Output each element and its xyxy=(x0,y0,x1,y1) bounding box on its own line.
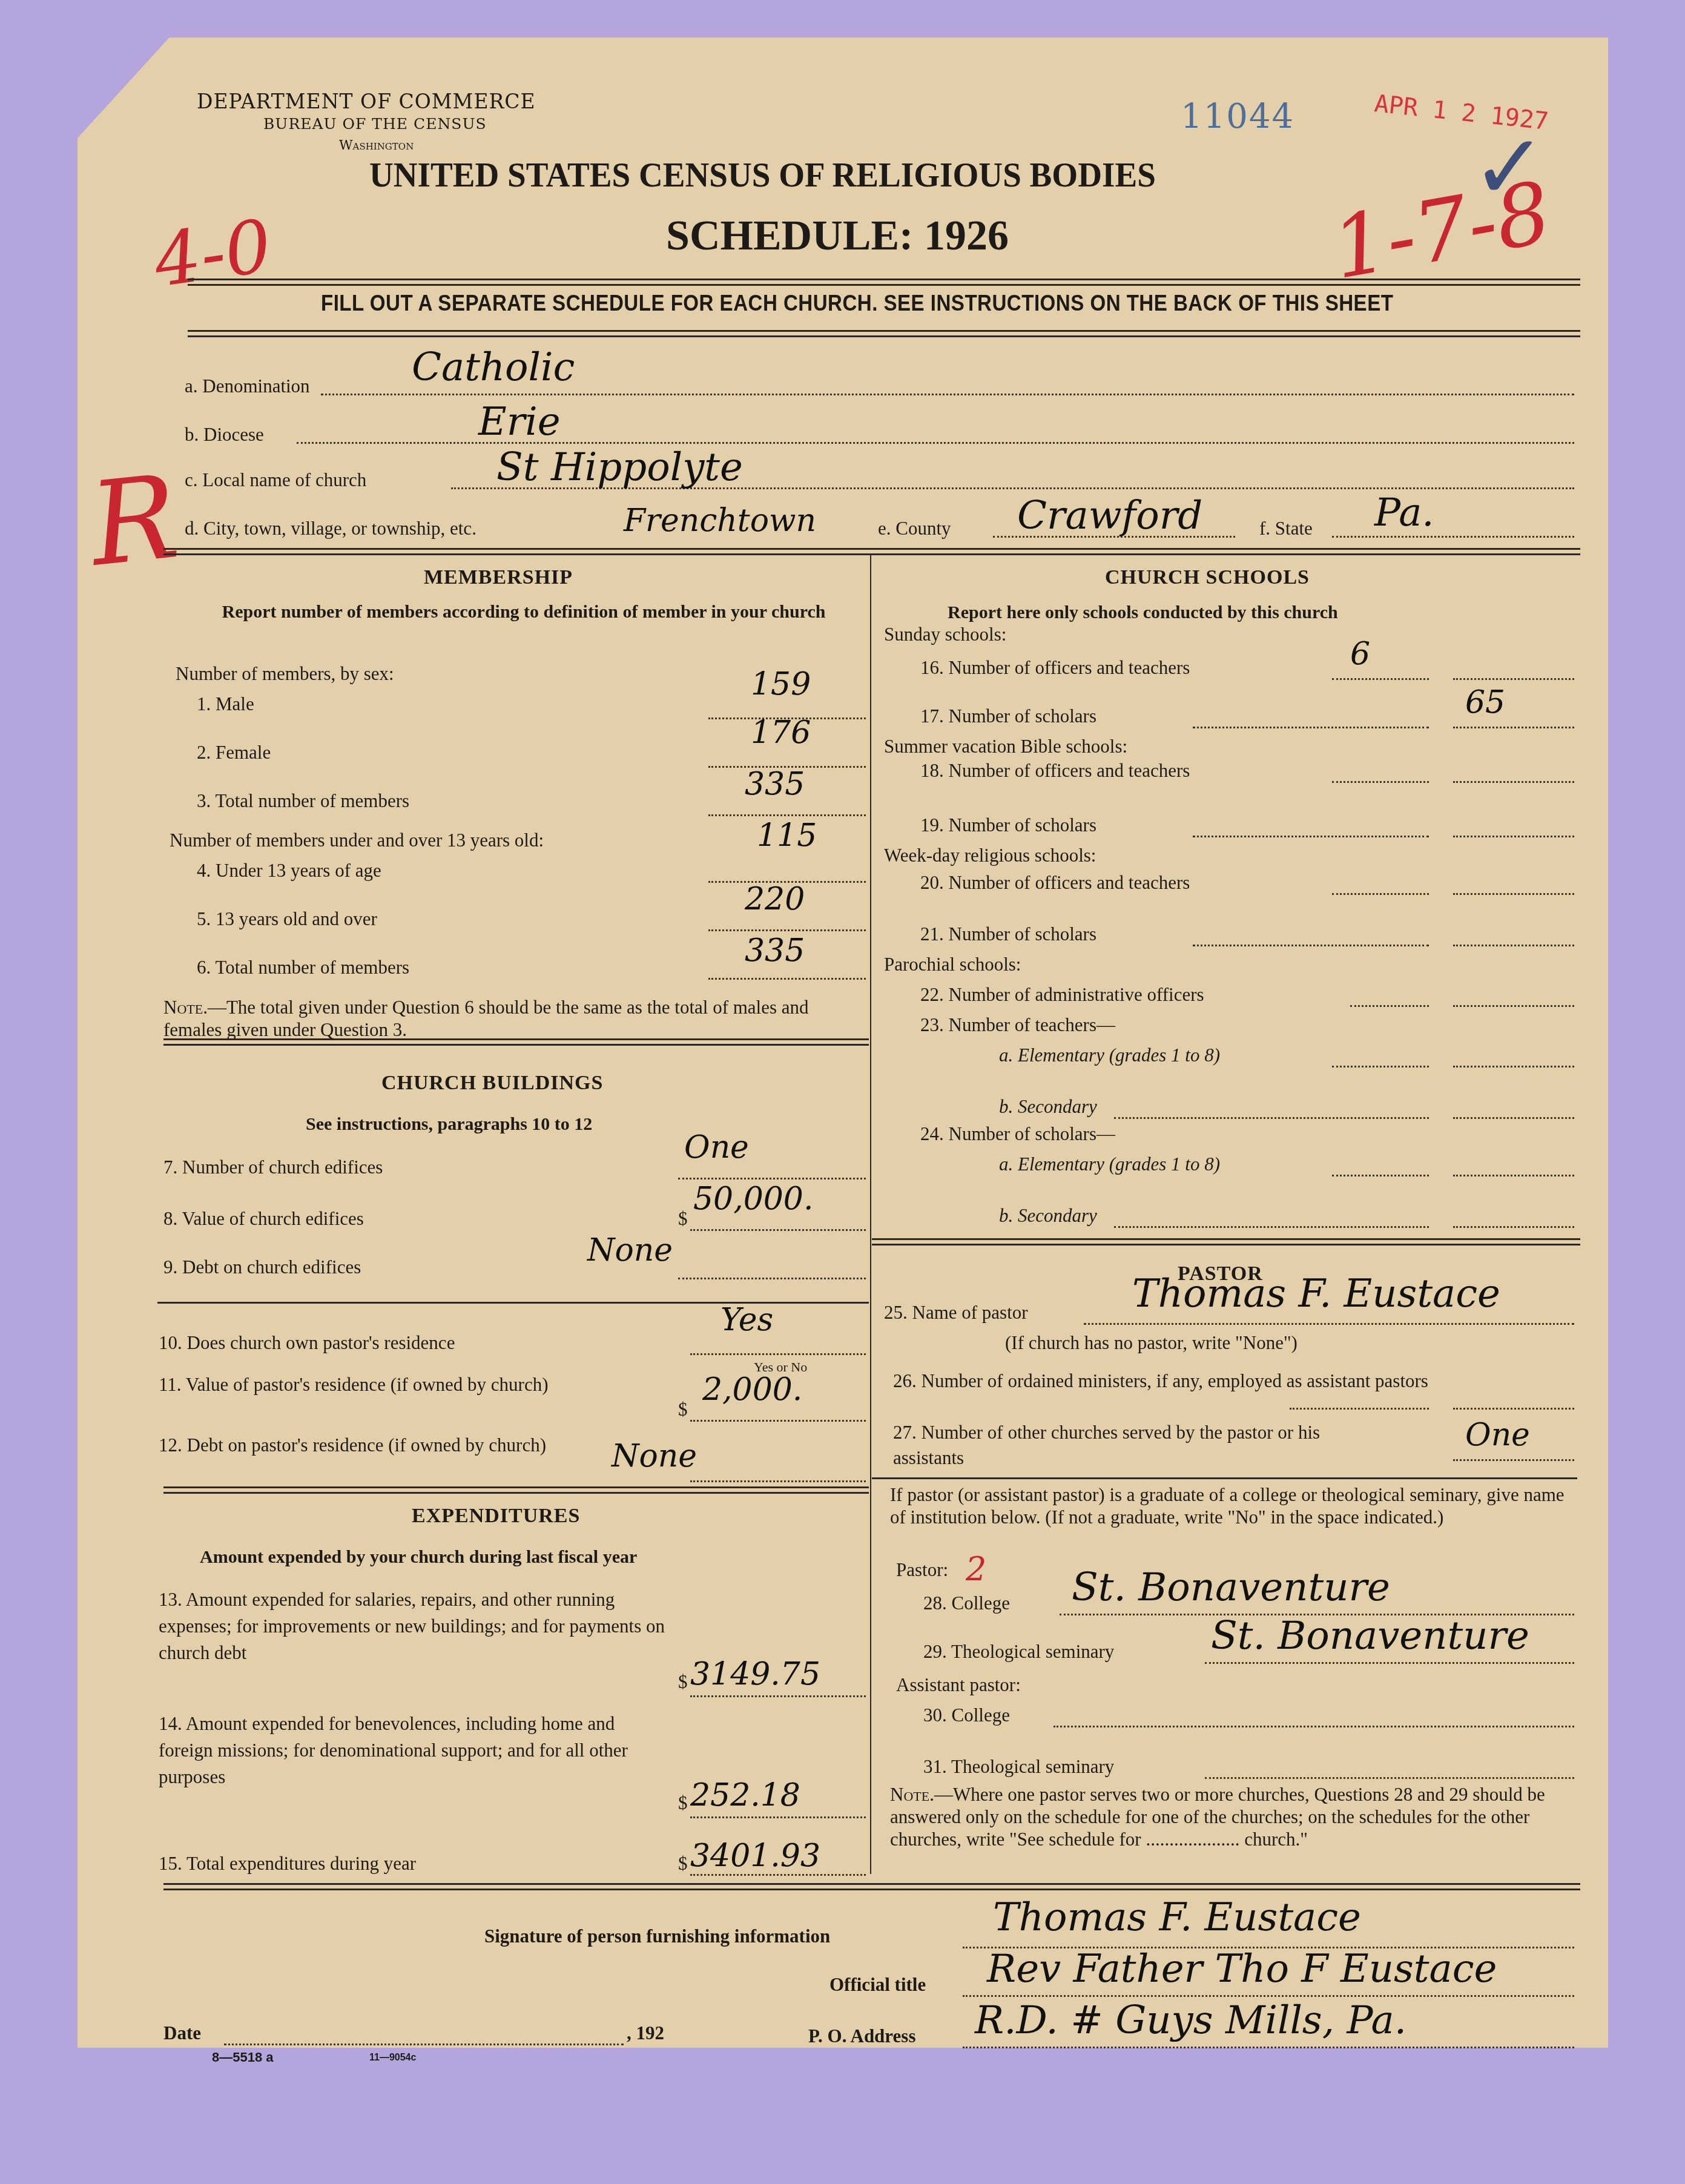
sunday-scholars-label: 17. Number of scholars xyxy=(920,705,1096,727)
female-field[interactable]: 176 xyxy=(751,714,811,751)
other-churches-field[interactable]: One xyxy=(1465,1417,1530,1453)
scholars-label: 24. Number of scholars— xyxy=(920,1123,1115,1145)
total-members-2-line xyxy=(708,978,866,980)
sunday-schools-heading: Sunday schools: xyxy=(884,624,1006,645)
total-expenditures-label: 15. Total expenditures during year xyxy=(159,1853,416,1875)
column-divider xyxy=(870,554,871,1874)
weekday-scholars-line xyxy=(1193,945,1429,946)
divider xyxy=(163,548,1580,555)
form-code: 8—5518 a xyxy=(212,2050,274,2065)
red-annotation-left: 4-0 xyxy=(149,204,277,304)
residence-value-line xyxy=(690,1420,866,1422)
residence-debt-line xyxy=(690,1480,866,1482)
signature-label: Signature of person furnishing informati… xyxy=(484,1925,830,1947)
college-field[interactable]: St. Bonaventure xyxy=(1072,1565,1390,1610)
bureau-heading: BUREAU OF THE CENSUS xyxy=(263,115,487,133)
state-label: f. State xyxy=(1259,518,1313,539)
summer-scholars-label: 19. Number of scholars xyxy=(920,814,1096,836)
owns-residence-label: 10. Does church own pastor's residence xyxy=(159,1332,455,1354)
dollar-sign: $ xyxy=(678,1399,688,1420)
weekday-scholars-label: 21. Number of scholars xyxy=(920,923,1096,945)
pastor-name-line xyxy=(1084,1323,1574,1325)
benevolences-field[interactable]: 252.18 xyxy=(690,1777,800,1813)
teachers-elem-line-2 xyxy=(1453,1066,1574,1067)
pastor-name-field[interactable]: Thomas F. Eustace xyxy=(1132,1272,1500,1316)
teachers-sec-line-2 xyxy=(1453,1117,1574,1119)
edifices-count-label: 7. Number of church edifices xyxy=(163,1156,383,1178)
admin-officers-line-2 xyxy=(1453,1005,1574,1007)
diocese-label: b. Diocese xyxy=(185,424,264,446)
assistant-seminary-line xyxy=(1205,1777,1574,1779)
total-members-line xyxy=(708,814,866,816)
edifices-debt-line xyxy=(678,1278,866,1279)
state-field[interactable]: Pa. xyxy=(1374,490,1434,535)
signature-field[interactable]: Thomas F. Eustace xyxy=(993,1895,1361,1940)
edifices-value-line xyxy=(690,1229,866,1231)
summer-scholars-line-2 xyxy=(1453,836,1574,837)
note-prefix: Note. xyxy=(890,1784,934,1805)
diocese-field[interactable]: Erie xyxy=(478,400,561,444)
print-code: 11—9054c xyxy=(369,2053,416,2064)
department-heading: DEPARTMENT OF COMMERCE xyxy=(197,90,536,113)
total-members-2-field[interactable]: 335 xyxy=(745,932,805,969)
dollar-sign: $ xyxy=(678,1208,688,1230)
scholars-elem-line xyxy=(1332,1175,1429,1176)
benevolences-label: 14. Amount expended for benevolences, in… xyxy=(159,1711,667,1790)
summer-schools-heading: Summer vacation Bible schools: xyxy=(884,736,1127,757)
weekday-officers-line xyxy=(1332,893,1429,895)
assistant-college-line xyxy=(1054,1726,1574,1727)
edifices-debt-label: 9. Debt on church edifices xyxy=(163,1256,361,1278)
benevolences-line xyxy=(690,1816,866,1818)
sunday-scholars-line xyxy=(1193,727,1429,728)
scholars-elem-line-2 xyxy=(1453,1175,1574,1176)
residence-debt-field[interactable]: None xyxy=(612,1438,697,1474)
male-field[interactable]: 159 xyxy=(751,666,811,702)
scholars-sec-line-2 xyxy=(1453,1226,1574,1228)
summer-officers-line xyxy=(1332,781,1429,783)
dollar-sign: $ xyxy=(678,1671,688,1693)
note-body: —The total given under Question 6 should… xyxy=(163,997,809,1040)
weekday-scholars-line-2 xyxy=(1453,945,1574,946)
membership-note: Note.—The total given under Question 6 s… xyxy=(163,996,860,1041)
buildings-title: CHURCH BUILDINGS xyxy=(381,1072,603,1095)
divider xyxy=(163,1486,869,1494)
running-expenses-field[interactable]: 3149.75 xyxy=(690,1656,820,1692)
total-expenditures-line xyxy=(690,1874,866,1876)
city-heading: Washington xyxy=(339,138,414,153)
county-label: e. County xyxy=(878,518,951,539)
sunday-officers-label: 16. Number of officers and teachers xyxy=(920,657,1190,679)
pastor-name-hint: (If church has no pastor, write "None") xyxy=(1005,1332,1298,1354)
assistant-edu-label: Assistant pastor: xyxy=(896,1674,1021,1696)
dollar-sign: $ xyxy=(678,1853,688,1875)
residence-value-label: 11. Value of pastor's residence (if owne… xyxy=(159,1371,667,1398)
pastor-edu-label: Pastor: xyxy=(896,1559,948,1581)
teachers-sec-line xyxy=(1114,1117,1429,1119)
schools-title: CHURCH SCHOOLS xyxy=(1105,566,1310,589)
teachers-elem-line xyxy=(1332,1066,1429,1067)
expenditures-subtitle: Amount expended by your church during la… xyxy=(200,1547,637,1568)
teachers-label: 23. Number of teachers— xyxy=(920,1014,1115,1036)
divider xyxy=(188,330,1580,337)
college-label: 28. College xyxy=(923,1592,1010,1614)
summer-officers-line-2 xyxy=(1453,781,1574,783)
admin-officers-label: 22. Number of administrative officers xyxy=(920,984,1204,1006)
male-label: 1. Male xyxy=(197,693,254,715)
by-sex-label: Number of members, by sex: xyxy=(176,663,394,685)
divider xyxy=(163,1038,869,1046)
denomination-label: a. Denomination xyxy=(185,375,310,397)
over13-label: 5. 13 years old and over xyxy=(197,908,377,930)
note-body: —Where one pastor serves two or more chu… xyxy=(890,1784,1545,1850)
date-label: Date xyxy=(163,2022,201,2044)
sunday-officers-line-2 xyxy=(1453,678,1574,680)
city-field[interactable]: Frenchtown xyxy=(624,503,816,539)
assistant-pastors-line xyxy=(1290,1408,1429,1410)
denomination-line xyxy=(321,394,1574,395)
official-title-field[interactable]: Rev Father Tho F Eustace xyxy=(987,1947,1497,1991)
county-field[interactable]: Crawford xyxy=(1017,493,1202,538)
scholars-sec-line xyxy=(1114,1226,1429,1228)
under13-label: 4. Under 13 years of age xyxy=(197,860,381,882)
owns-residence-field[interactable]: Yes xyxy=(720,1302,773,1338)
total-members-field[interactable]: 335 xyxy=(745,766,805,802)
edifices-value-label: 8. Value of church edifices xyxy=(163,1208,364,1230)
running-expenses-line xyxy=(690,1695,866,1697)
edifices-count-line xyxy=(678,1178,866,1179)
edifices-count-field[interactable]: One xyxy=(684,1129,749,1166)
other-churches-line xyxy=(1453,1459,1574,1461)
owns-residence-line xyxy=(690,1353,866,1355)
sunday-officers-line xyxy=(1332,678,1429,680)
other-churches-label: 27. Number of other churches served by t… xyxy=(893,1420,1365,1471)
membership-subtitle: Report number of members according to de… xyxy=(182,599,866,625)
running-expenses-label: 13. Amount expended for salaries, repair… xyxy=(159,1586,667,1666)
over13-line xyxy=(708,929,866,931)
age-label: Number of members under and over 13 year… xyxy=(170,830,544,851)
summer-scholars-line xyxy=(1193,836,1429,837)
scholars-elem-label: a. Elementary (grades 1 to 8) xyxy=(999,1153,1220,1175)
seminary-field[interactable]: St. Bonaventure xyxy=(1211,1614,1529,1658)
instruction-banner: FILL OUT A SEPARATE SCHEDULE FOR EACH CH… xyxy=(321,291,1393,316)
total-expenditures-field[interactable]: 3401.93 xyxy=(690,1838,820,1874)
divider xyxy=(188,279,1580,286)
buildings-subtitle: See instructions, paragraphs 10 to 12 xyxy=(306,1114,592,1135)
sunday-scholars-field[interactable]: 65 xyxy=(1465,684,1505,721)
admin-officers-line xyxy=(1350,1005,1429,1007)
under13-field[interactable]: 115 xyxy=(757,817,817,854)
assistant-pastors-label: 26. Number of ordained ministers, if any… xyxy=(893,1368,1571,1394)
female-label: 2. Female xyxy=(197,742,271,764)
local-name-field[interactable]: St Hippolyte xyxy=(496,445,743,490)
sunday-officers-field[interactable]: 6 xyxy=(1350,636,1370,672)
official-title-line xyxy=(963,1995,1574,1997)
official-title-label: Official title xyxy=(829,1974,926,1996)
teachers-elem-label: a. Elementary (grades 1 to 8) xyxy=(999,1044,1220,1066)
teachers-sec-label: b. Secondary xyxy=(999,1096,1097,1118)
total-members-label: 3. Total number of members xyxy=(197,790,409,812)
seminary-line xyxy=(1205,1662,1574,1664)
summer-officers-label: 18. Number of officers and teachers xyxy=(920,760,1190,782)
sunday-scholars-line-2 xyxy=(1453,727,1574,728)
date-suffix: , 192 xyxy=(627,2022,664,2044)
residence-debt-label: 12. Debt on pastor's residence (if owned… xyxy=(159,1432,667,1459)
divider xyxy=(872,1477,1577,1479)
total-members-2-label: 6. Total number of members xyxy=(197,957,409,978)
over13-field[interactable]: 220 xyxy=(745,881,805,917)
residence-value-field[interactable]: 2,000. xyxy=(702,1371,802,1408)
divider xyxy=(872,1238,1580,1245)
assistant-pastors-line-2 xyxy=(1453,1408,1574,1410)
note-prefix: Note. xyxy=(163,997,208,1018)
denomination-field[interactable]: Catholic xyxy=(412,345,575,390)
address-field[interactable]: R.D. # Guys Mills, Pa. xyxy=(975,1998,1406,2043)
edifices-debt-field[interactable]: None xyxy=(587,1232,673,1269)
scholars-sec-label: b. Secondary xyxy=(999,1205,1097,1227)
address-label: P. O. Address xyxy=(808,2025,915,2047)
graduate-instructions: If pastor (or assistant pastor) is a gra… xyxy=(890,1483,1574,1528)
file-number-stamp: 11044 xyxy=(1181,97,1294,136)
red-annotation-margin: R xyxy=(84,450,184,592)
schedule-title: SCHEDULE: 1926 xyxy=(666,212,1009,260)
membership-title: MEMBERSHIP xyxy=(424,566,573,589)
pastor-name-label: 25. Name of pastor xyxy=(884,1302,1028,1324)
dollar-sign: $ xyxy=(678,1792,688,1814)
city-label: d. City, town, village, or township, etc… xyxy=(185,518,476,539)
pastor-note: Note.—Where one pastor serves two or mor… xyxy=(890,1783,1574,1850)
assistant-college-label: 30. College xyxy=(923,1704,1010,1726)
date-line xyxy=(224,2044,624,2045)
seminary-label: 29. Theological seminary xyxy=(923,1641,1114,1663)
state-line xyxy=(1332,536,1574,538)
weekday-officers-label: 20. Number of officers and teachers xyxy=(920,872,1190,894)
weekday-officers-line-2 xyxy=(1453,893,1574,895)
weekday-schools-heading: Week-day religious schools: xyxy=(884,845,1096,866)
pastor-red-mark: 2 xyxy=(966,1550,986,1588)
edifices-value-field[interactable]: 50,000. xyxy=(693,1181,813,1217)
divider xyxy=(163,1883,1580,1890)
parochial-schools-heading: Parochial schools: xyxy=(884,954,1021,975)
expenditures-title: EXPENDITURES xyxy=(412,1505,580,1528)
schools-subtitle: Report here only schools conducted by th… xyxy=(948,602,1338,623)
assistant-seminary-label: 31. Theological seminary xyxy=(923,1756,1114,1778)
form-title: UNITED STATES CENSUS OF RELIGIOUS BODIES xyxy=(369,154,1156,195)
address-line xyxy=(963,2047,1574,2048)
local-name-label: c. Local name of church xyxy=(185,469,366,491)
